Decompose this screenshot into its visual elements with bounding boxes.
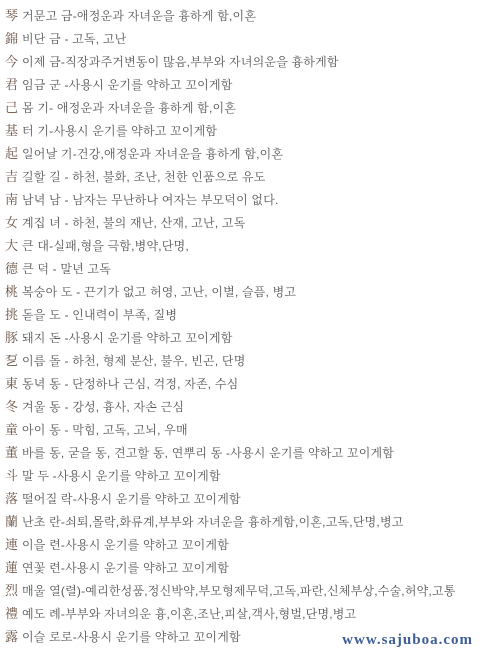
site-watermark: www.sajuboa.com — [338, 632, 473, 649]
entry-text: 비단 금 - 고독, 고난 — [22, 32, 126, 46]
entry-text: 겨울 동 - 강성, 흉사, 자손 근심 — [22, 400, 184, 414]
entry-line: 冬겨울 동 - 강성, 흉사, 자손 근심 — [5, 395, 480, 418]
entry-text: 길할 길 - 하천, 불화, 조난, 천한 인품으로 유도 — [22, 170, 266, 184]
hanja-character: 大 — [5, 238, 18, 253]
entry-line: 己몸 기- 애정운과 자녀운을 흉하게 함,이혼 — [5, 96, 480, 119]
hanja-character: 蓮 — [5, 560, 18, 575]
entry-text: 돋을 도 - 인내력이 부족, 질병 — [22, 308, 177, 322]
entry-text: 복숭아 도 - 끈기가 없고 허영, 고난, 이별, 슬픔, 병고 — [22, 285, 296, 299]
entry-text: 임금 군 -사용시 운기를 약하고 꼬이게함 — [22, 78, 233, 92]
entry-line: 吉길할 길 - 하천, 불화, 조난, 천한 인품으로 유도 — [5, 165, 480, 188]
entry-text: 이제 금-직장과주거변동이 많음,부부와 자녀의운을 흉하게함 — [22, 55, 339, 69]
entry-text: 바를 동, 굳을 동, 견고할 동, 연뿌리 동 -사용시 운기를 약하고 꼬이… — [22, 446, 394, 460]
entry-line: 乭이름 돌 - 하천, 형제 분산, 불우, 빈곤, 단명 — [5, 349, 480, 372]
entry-line: 落떨어질 락-사용시 운기를 약하고 꼬이게함 — [5, 487, 480, 510]
hanja-character: 琴 — [5, 8, 18, 23]
entry-text: 계집 녀 - 하천, 불의 재난, 산재, 고난, 고독 — [22, 216, 246, 230]
hanja-character: 豚 — [5, 330, 18, 345]
entry-text: 연꽃 련-사용시 운기를 약하고 꼬이게함 — [22, 561, 229, 575]
entry-line: 東동녁 동 - 단정하나 근심, 걱정, 자존, 수심 — [5, 372, 480, 395]
hanja-character: 己 — [5, 100, 18, 115]
hanja-character: 君 — [5, 77, 18, 92]
entry-text: 터 기-사용시 운기를 약하고 꼬이게함 — [22, 124, 217, 138]
hanja-character: 基 — [5, 123, 18, 138]
entry-line: 童아이 동 - 막힘, 고독, 고뇌, 우매 — [5, 418, 480, 441]
entry-text: 떨어질 락-사용시 운기를 약하고 꼬이게함 — [22, 492, 241, 506]
hanja-character: 董 — [5, 445, 18, 460]
entry-line: 斗말 두 -사용시 운기를 약하고 꼬이게함 — [5, 464, 480, 487]
entry-text: 아이 동 - 막힘, 고독, 고뇌, 우매 — [22, 423, 188, 437]
entry-text: 남녁 남 - 남자는 무난하나 여자는 부모덕이 없다. — [22, 193, 279, 207]
entry-line: 蓮연꽃 련-사용시 운기를 약하고 꼬이게함 — [5, 556, 480, 579]
entry-line: 南남녁 남 - 남자는 무난하나 여자는 부모덕이 없다. — [5, 188, 480, 211]
entry-line: 董바를 동, 굳을 동, 견고할 동, 연뿌리 동 -사용시 운기를 약하고 꼬… — [5, 441, 480, 464]
hanja-character: 禮 — [5, 606, 18, 621]
entry-line: 琴거문고 금-애정운과 자녀운을 흉하게 함,이혼 — [5, 4, 480, 27]
hanja-character: 童 — [5, 422, 18, 437]
entry-text: 말 두 -사용시 운기를 약하고 꼬이게함 — [22, 469, 221, 483]
hanja-character: 挑 — [5, 307, 18, 322]
entry-line: 德큰 덕 - 말년 고독 — [5, 257, 480, 280]
entry-line: 蘭난초 란-쇠퇴,몰락,화류계,부부와 자녀운을 흉하게함,이혼,고독,단명,병… — [5, 510, 480, 533]
entry-line: 挑돋을 도 - 인내력이 부족, 질병 — [5, 303, 480, 326]
entry-line: 今이제 금-직장과주거변동이 많음,부부와 자녀의운을 흉하게함 — [5, 50, 480, 73]
hanja-character: 今 — [5, 54, 18, 69]
hanja-character: 落 — [5, 491, 18, 506]
hanja-fortune-list: 琴거문고 금-애정운과 자녀운을 흉하게 함,이혼錦비단 금 - 고독, 고난今… — [0, 0, 480, 648]
hanja-character: 德 — [5, 261, 18, 276]
hanja-character: 東 — [5, 376, 18, 391]
entry-text: 몸 기- 애정운과 자녀운을 흉하게 함,이혼 — [22, 101, 236, 115]
hanja-character: 吉 — [5, 169, 18, 184]
entry-line: 君임금 군 -사용시 운기를 약하고 꼬이게함 — [5, 73, 480, 96]
entry-text: 거문고 금-애정운과 자녀운을 흉하게 함,이혼 — [22, 9, 256, 23]
entry-text: 동녁 동 - 단정하나 근심, 걱정, 자존, 수심 — [22, 377, 238, 391]
hanja-character: 蘭 — [5, 514, 18, 529]
entry-text: 이을 련-사용시 운기를 약하고 꼬이게함 — [22, 538, 229, 552]
hanja-character: 女 — [5, 215, 18, 230]
entry-text: 돼지 돈 -사용시 운기를 약하고 꼬이게함 — [22, 331, 233, 345]
hanja-character: 露 — [5, 629, 18, 644]
hanja-character: 起 — [5, 146, 18, 161]
entry-line: 烈매울 열(렬)-예리한성품,정신박약,부모형제무덕,고독,파란,신체부상,수술… — [5, 579, 480, 602]
hanja-character: 桃 — [5, 284, 18, 299]
entry-text: 이름 돌 - 하천, 형제 분산, 불우, 빈곤, 단명 — [22, 354, 246, 368]
entry-line: 禮예도 례-부부와 자녀의운 흉,이혼,조난,피살,객사,형벌,단명,병고 — [5, 602, 480, 625]
hanja-character: 斗 — [5, 468, 18, 483]
hanja-character: 南 — [5, 192, 18, 207]
entry-line: 女계집 녀 - 하천, 불의 재난, 산재, 고난, 고독 — [5, 211, 480, 234]
entry-text: 이슬 로로-사용시 운기를 약하고 꼬이게함 — [22, 630, 241, 644]
entry-line: 起일어날 기-건강,애정운과 자녀운을 흉하게 함,이혼 — [5, 142, 480, 165]
entry-line: 連이을 련-사용시 운기를 약하고 꼬이게함 — [5, 533, 480, 556]
hanja-character: 烈 — [5, 583, 18, 598]
entry-text: 큰 대-실패,형을 극함,병약,단명, — [22, 239, 189, 253]
entry-text: 난초 란-쇠퇴,몰락,화류계,부부와 자녀운을 흉하게함,이혼,고독,단명,병고 — [22, 515, 404, 529]
entry-text: 매울 열(렬)-예리한성품,정신박약,부모형제무덕,고독,파란,신체부상,수술,… — [22, 584, 456, 598]
entry-line: 基터 기-사용시 운기를 약하고 꼬이게함 — [5, 119, 480, 142]
hanja-character: 錦 — [5, 31, 18, 46]
entry-line: 錦비단 금 - 고독, 고난 — [5, 27, 480, 50]
entry-text: 예도 례-부부와 자녀의운 흉,이혼,조난,피살,객사,형벌,단명,병고 — [22, 607, 356, 621]
entry-line: 豚돼지 돈 -사용시 운기를 약하고 꼬이게함 — [5, 326, 480, 349]
hanja-character: 乭 — [5, 353, 18, 368]
entry-text: 일어날 기-건강,애정운과 자녀운을 흉하게 함,이혼 — [22, 147, 283, 161]
hanja-character: 冬 — [5, 399, 18, 414]
entry-text: 큰 덕 - 말년 고독 — [22, 262, 111, 276]
hanja-character: 連 — [5, 537, 18, 552]
entry-line: 桃복숭아 도 - 끈기가 없고 허영, 고난, 이별, 슬픔, 병고 — [5, 280, 480, 303]
entry-line: 大큰 대-실패,형을 극함,병약,단명, — [5, 234, 480, 257]
